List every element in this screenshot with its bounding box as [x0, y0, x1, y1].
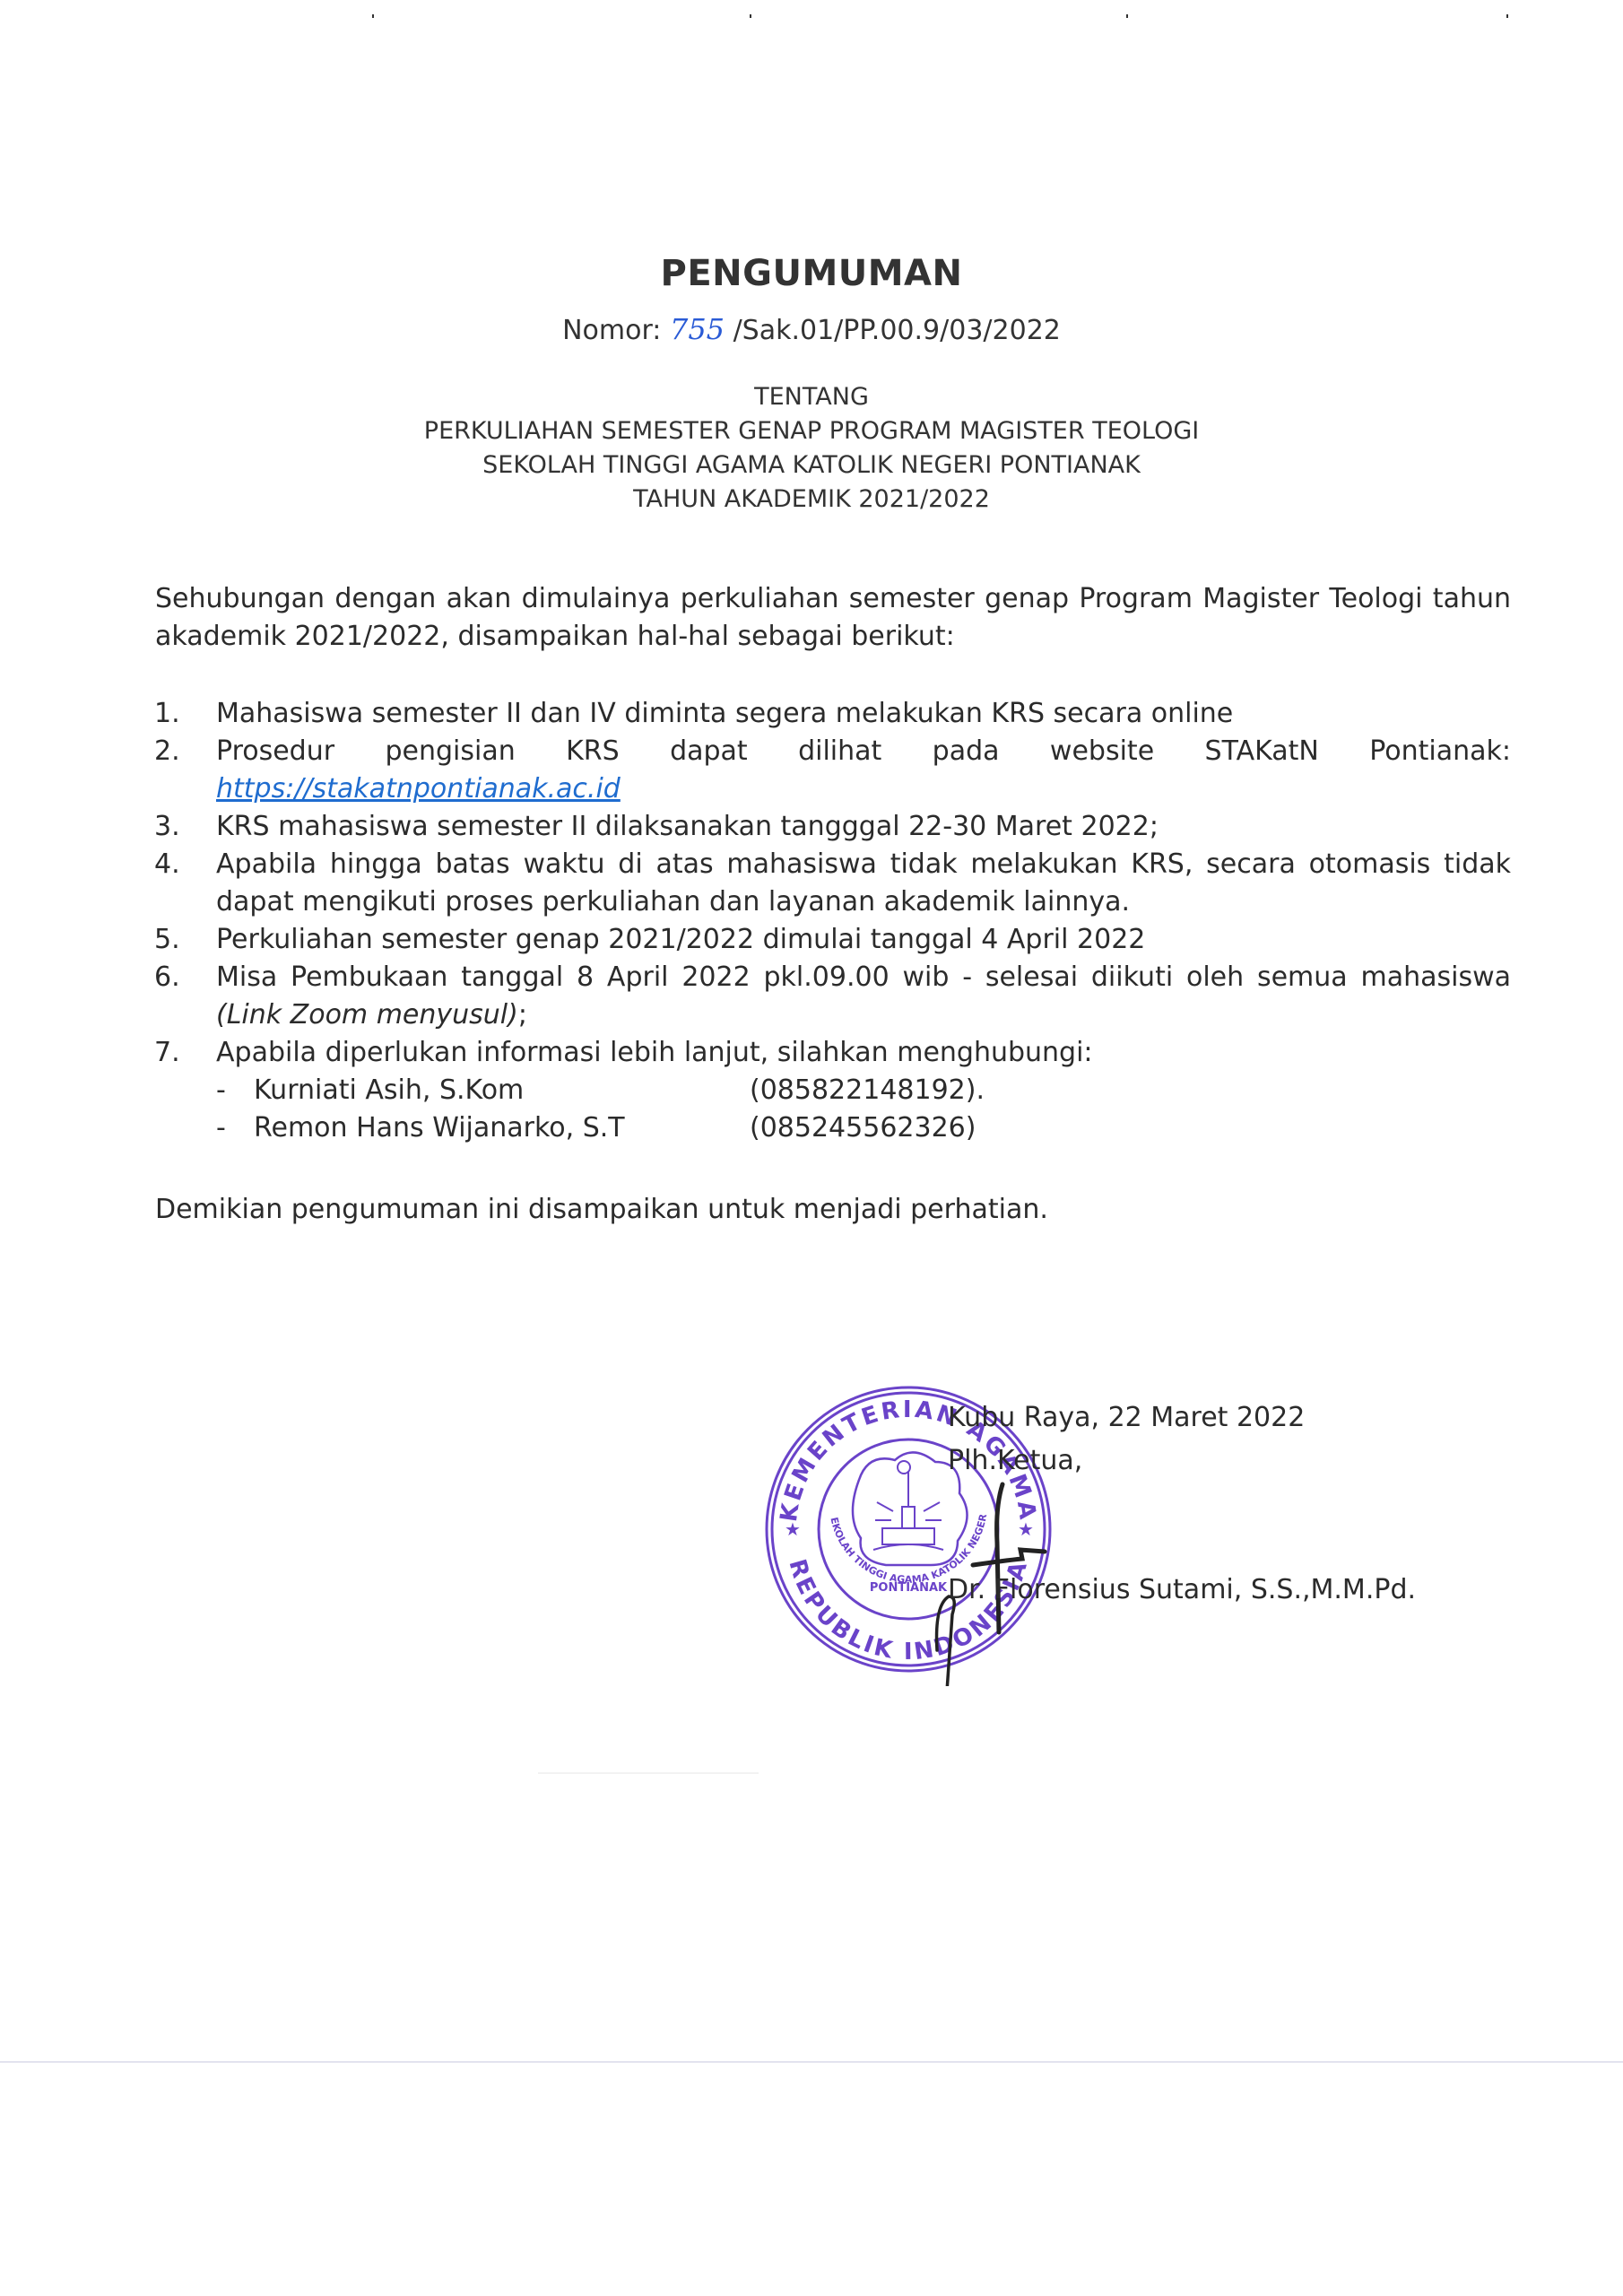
scan-artifact-line [538, 1772, 759, 1774]
scan-mark [1126, 14, 1128, 18]
number-label: Nomor: [562, 315, 661, 346]
intro-paragraph: Sehubungan dengan akan dimulainya perkul… [155, 580, 1511, 656]
list-text: Apabila hingga batas waktu di atas mahas… [216, 846, 1511, 921]
svg-text:★: ★ [785, 1518, 801, 1540]
list-text-block: Misa Pembukaan tanggal 8 April 2022 pkl.… [216, 959, 1511, 1034]
list-text-block: Prosedur pengisian KRS dapat dilihat pad… [216, 733, 1511, 808]
list-text: Apabila diperlukan informasi lebih lanju… [216, 1034, 1511, 1072]
zoom-note: (Link Zoom menyusul) [216, 999, 518, 1031]
closing-paragraph: Demikian pengumuman ini disampaikan untu… [155, 1191, 1511, 1229]
contact-row: - Kurniati Asih, S.Kom (085822148192). [154, 1072, 1511, 1109]
subject-line: SEKOLAH TINGGI AGAMA KATOLIK NEGERI PONT… [0, 448, 1623, 483]
subject-line: TAHUN AKADEMIK 2021/2022 [0, 483, 1623, 517]
list-item: 1. Mahasiswa semester II dan IV diminta … [154, 695, 1511, 733]
list-text: Prosedur pengisian KRS dapat dilihat pad… [216, 733, 1511, 770]
subject-heading: TENTANG PERKULIAHAN SEMESTER GENAP PROGR… [0, 380, 1623, 517]
contact-dash: - [216, 1109, 254, 1147]
scan-mark [750, 14, 751, 18]
list-number: 5. [154, 921, 216, 959]
contact-name: Remon Hans Wijanarko, S.T [254, 1109, 750, 1147]
subject-line: TENTANG [0, 380, 1623, 414]
contact-phone: (085822148192). [750, 1072, 985, 1109]
list-text: Misa Pembukaan tanggal 8 April 2022 pkl.… [216, 961, 1511, 993]
list-text: Perkuliahan semester genap 2021/2022 dim… [216, 921, 1511, 959]
list-number: 6. [154, 959, 216, 1034]
handwritten-number: 755 [670, 312, 725, 346]
list-number: 3. [154, 808, 216, 846]
contact-row: - Remon Hans Wijanarko, S.T (08524556232… [154, 1109, 1511, 1147]
announcement-list: 1. Mahasiswa semester II dan IV diminta … [154, 695, 1511, 1147]
list-number: 1. [154, 695, 216, 733]
document-number: Nomor: 755 /Sak.01/PP.00.9/03/2022 [0, 312, 1623, 346]
list-item: 6. Misa Pembukaan tanggal 8 April 2022 p… [154, 959, 1511, 1034]
number-suffix: /Sak.01/PP.00.9/03/2022 [725, 315, 1061, 346]
contact-phone: (085245562326) [750, 1109, 976, 1147]
contact-name: Kurniati Asih, S.Kom [254, 1072, 750, 1109]
scan-mark [1506, 14, 1508, 18]
list-text: Mahasiswa semester II dan IV diminta seg… [216, 695, 1511, 733]
list-item: 7. Apabila diperlukan informasi lebih la… [154, 1034, 1511, 1072]
contact-dash: - [216, 1072, 254, 1109]
page-bottom-divider [0, 2061, 1623, 2063]
list-item: 2. Prosedur pengisian KRS dapat dilihat … [154, 733, 1511, 808]
scan-mark [372, 14, 374, 18]
list-item: 3. KRS mahasiswa semester II dilaksanaka… [154, 808, 1511, 846]
list-item: 4. Apabila hingga batas waktu di atas ma… [154, 846, 1511, 921]
subject-line: PERKULIAHAN SEMESTER GENAP PROGRAM MAGIS… [0, 414, 1623, 448]
list-number: 4. [154, 846, 216, 921]
list-text: KRS mahasiswa semester II dilaksanakan t… [216, 808, 1511, 846]
list-item: 5. Perkuliahan semester genap 2021/2022 … [154, 921, 1511, 959]
document-title: PENGUMUMAN [0, 253, 1623, 294]
list-number: 7. [154, 1034, 216, 1072]
signer-name: Dr. Florensius Sutami, S.S.,M.M.Pd. [948, 1571, 1416, 1609]
place-date: Kubu Raya, 22 Maret 2022 [948, 1399, 1305, 1437]
list-number: 2. [154, 733, 216, 808]
list-text-end: ; [518, 999, 527, 1031]
website-link[interactable]: https://stakatnpontianak.ac.id [216, 773, 621, 804]
